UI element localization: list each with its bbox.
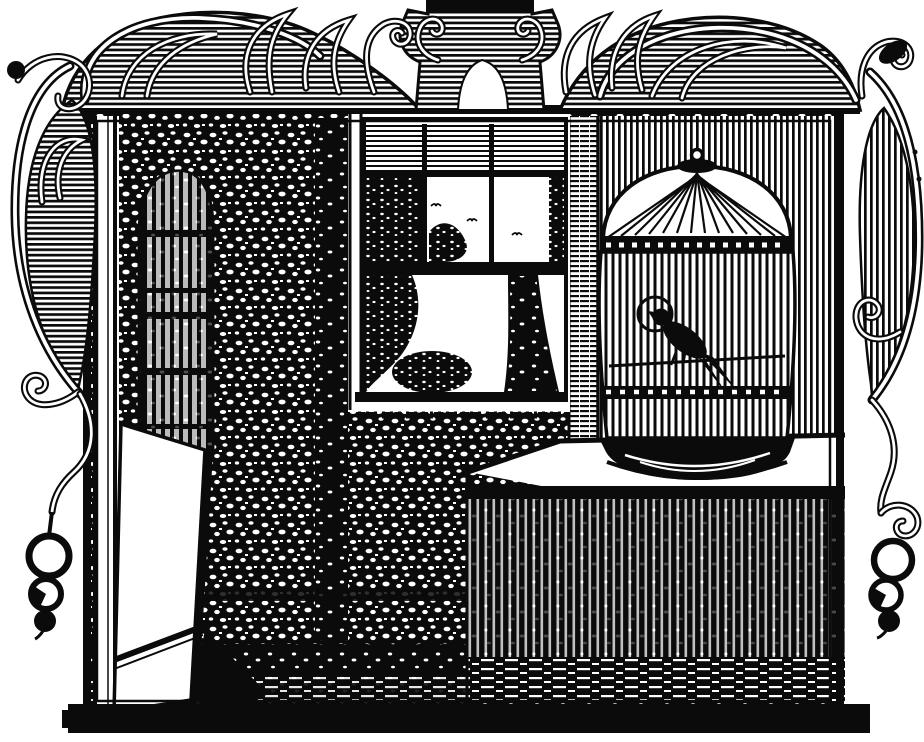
window <box>348 114 570 415</box>
foliage <box>366 177 422 262</box>
window-shutter-strip <box>568 116 600 442</box>
hanging-cage <box>140 168 212 452</box>
window-top-panes <box>366 124 564 172</box>
wall-rail-line <box>205 590 470 601</box>
wall-dark-strip <box>315 118 348 640</box>
foliage <box>392 351 472 393</box>
engraving-illustration <box>0 0 924 742</box>
room-interior <box>91 112 845 718</box>
window-sill <box>355 392 568 402</box>
foliage <box>549 177 564 262</box>
birdcage <box>599 150 795 481</box>
cage-hanging-ring <box>692 150 703 161</box>
left-scroll-knob <box>7 61 25 79</box>
frame-bottom-band <box>68 704 870 733</box>
